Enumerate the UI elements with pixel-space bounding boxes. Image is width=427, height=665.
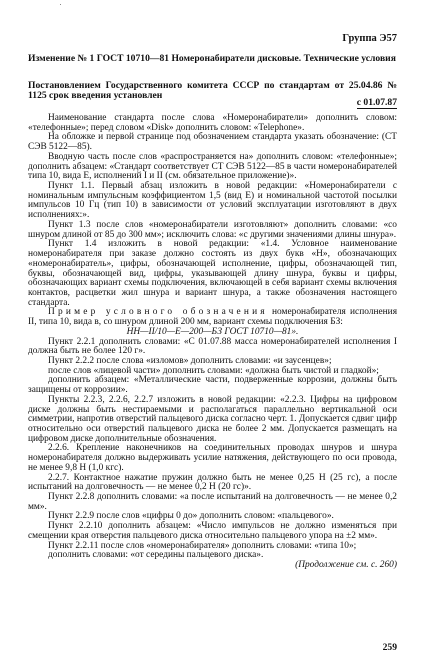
paragraph: Пункт 1.1. Первый абзац изложить в новой… bbox=[28, 182, 397, 221]
page-number: 259 bbox=[383, 642, 397, 653]
paragraph: 2.2.7. Контактное нажатие пружин должно … bbox=[28, 474, 397, 493]
paragraph: Пункт 1.3 после слов «номеронабиратели и… bbox=[28, 221, 397, 240]
scan-speck bbox=[60, 4, 61, 5]
continuation-note: (Продолжение см. с. 260) bbox=[28, 561, 397, 571]
example-paragraph: Пример условного обозначения номеронабир… bbox=[28, 308, 397, 327]
paragraph: На обложке и первой странице под обознач… bbox=[28, 133, 397, 152]
effective-date: с 01.07.87 bbox=[357, 98, 397, 109]
paragraph: Пункты 2.2.3, 2.2.6, 2.2.7 изложить в но… bbox=[28, 396, 397, 445]
decree-text: Постановлением Государственного комитета… bbox=[28, 81, 397, 101]
paragraph: Пункт 1.4 изложить в новой редакции: «1.… bbox=[28, 240, 397, 308]
paragraph: Пункт 2.2.10 дополнить абзацем: «Число и… bbox=[28, 522, 397, 541]
example-lead: Пример условного обозначения bbox=[48, 307, 268, 317]
paragraph: Наименование стандарта после слова «Номе… bbox=[28, 114, 397, 133]
amendment-title: Изменение № 1 ГОСТ 10710—81 Номеронабира… bbox=[28, 54, 397, 64]
paragraph: дополнить абзацем: «Металлические части,… bbox=[28, 376, 397, 395]
paragraph: Пункт 2.2.1 дополнить словами: «С 01.07.… bbox=[28, 338, 397, 357]
paragraph: Пункт 2.2.8 дополнить словами: «а после … bbox=[28, 493, 397, 512]
document-body: Наименование стандарта после слова «Номе… bbox=[28, 114, 397, 571]
paragraph: 2.2.6. Крепление наконечников на соедини… bbox=[28, 444, 397, 473]
paragraph: Вводную часть после слов «распространяет… bbox=[28, 153, 397, 182]
group-code: Группа Э57 bbox=[342, 33, 397, 44]
